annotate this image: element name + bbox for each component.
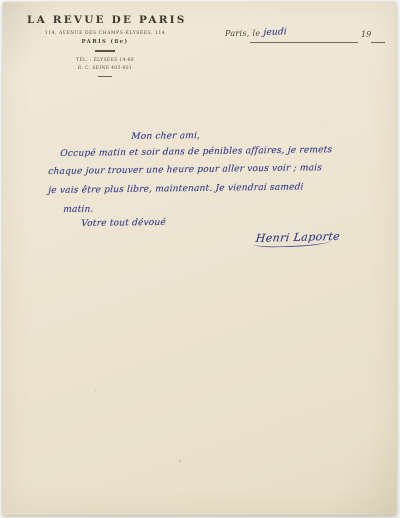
paper-speck [179,460,181,462]
publisher-address: 114, AVENUE DES CHAMPS-ÉLYSÉES, 114 [27,31,183,36]
salutation: Mon cher ami, [131,131,200,142]
body-line: chaque jour trouver une heure pour aller… [48,163,322,177]
publisher-name: LA REVUE DE PARIS [27,14,183,26]
publisher-city: PARIS (8e) [27,39,183,45]
letterhead-rule-bottom [98,76,112,77]
signature-flourish [253,237,331,248]
dateline-prefix: Paris, le [225,29,260,38]
publisher-phone: TÉL. : ÉLYSÉES 14-60 [27,58,183,63]
dateline-rule-short [371,42,385,43]
paper-speck [95,390,96,392]
dateline-year: 19 [361,30,371,39]
letterhead: LA REVUE DE PARIS 114, AVENUE DES CHAMPS… [27,14,183,83]
dateline-rule [250,42,358,43]
paper-speck [321,122,322,123]
publisher-registry: R. C. SEINE 403-801 [27,66,183,71]
closing: Votre tout dévoué [81,218,166,229]
scan-background: LA REVUE DE PARIS 114, AVENUE DES CHAMPS… [0,0,400,518]
letterhead-rule [95,50,115,52]
body-line: je vais être plus libre, maintenant. Je … [48,182,304,196]
handwritten-day: jeudi [263,27,287,38]
body-line: Occupé matin et soir dans de pénibles af… [60,145,333,159]
letter-paper: LA REVUE DE PARIS 114, AVENUE DES CHAMPS… [3,2,396,515]
body-line: matin. [63,205,94,215]
